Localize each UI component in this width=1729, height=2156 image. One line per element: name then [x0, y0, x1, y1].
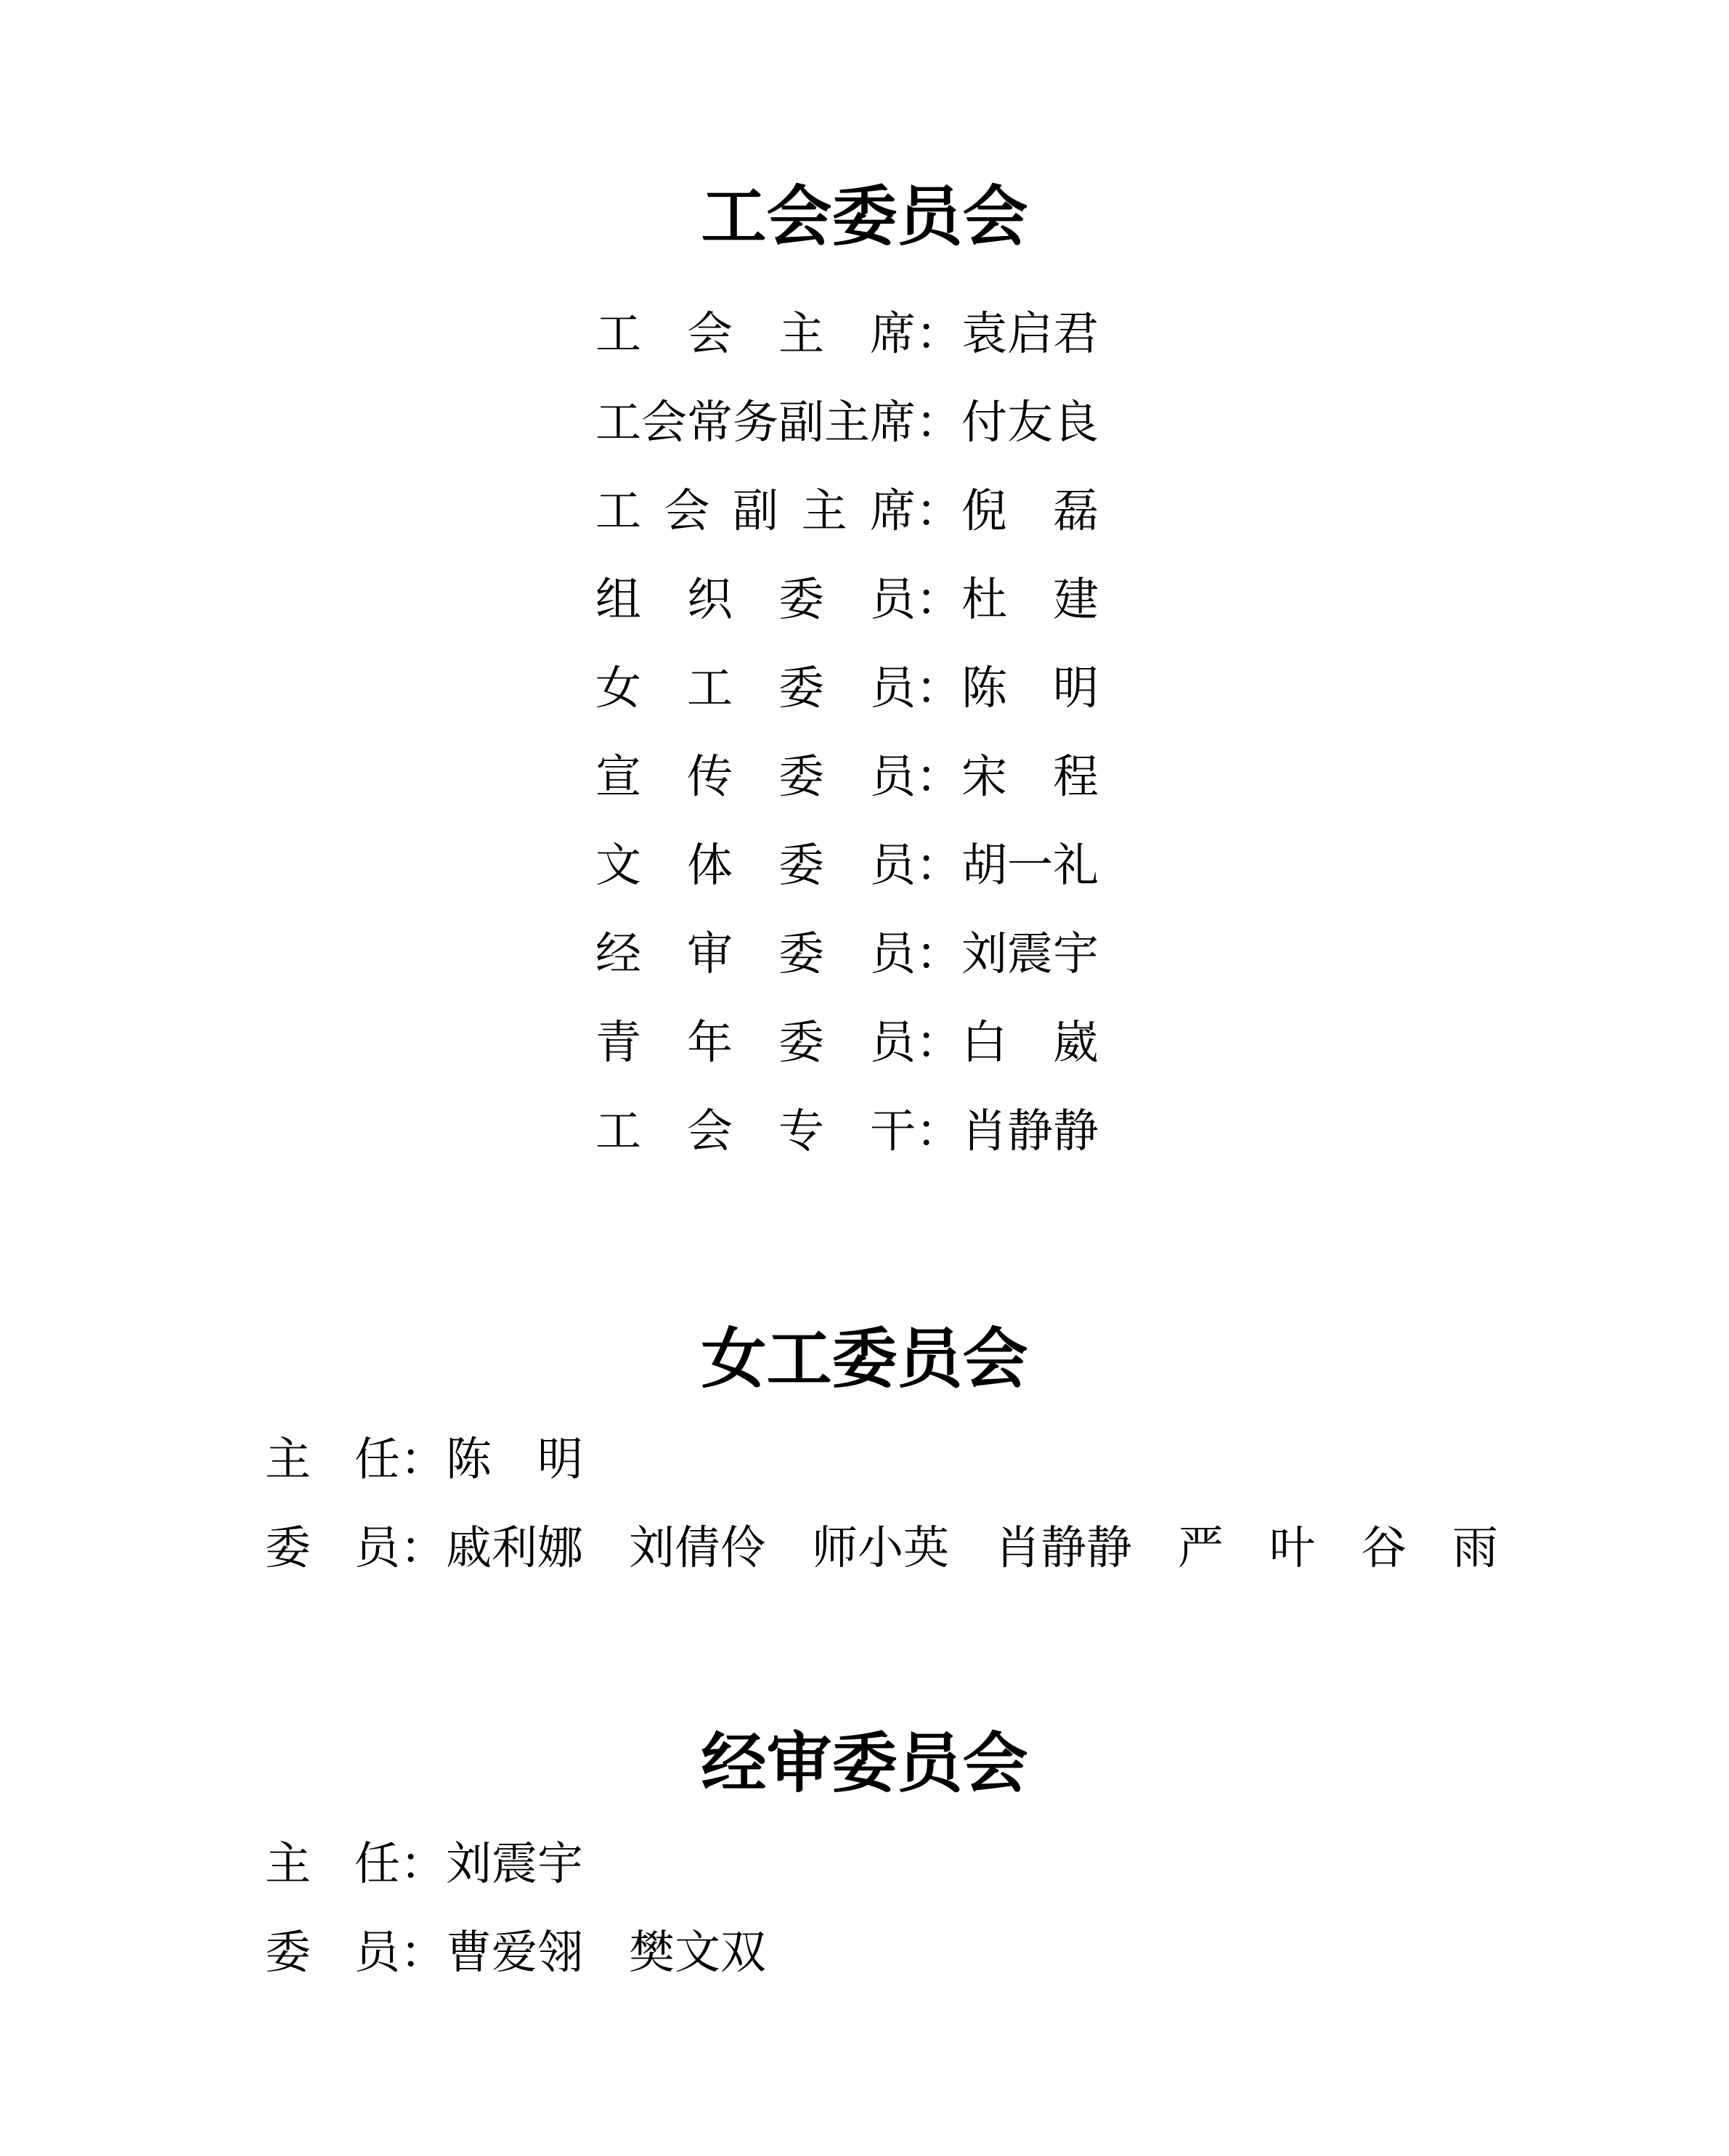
roster-row: 委员：戚利娜 刘倩伶 师小英 肖静静 严 叶 谷 雨 — [265, 1504, 1498, 1592]
role-label: 工会副主席 — [595, 467, 916, 556]
member-name: 倪磊 — [961, 467, 1099, 556]
role-label: 主任 — [265, 1415, 400, 1504]
member-name: 陈明 — [446, 1415, 583, 1504]
role-label: 组织委员 — [595, 556, 916, 644]
roster-row: 女工委员：陈明 — [595, 644, 1099, 733]
roster-row: 组织委员：杜建 — [595, 556, 1099, 644]
member-name: 陈明 — [961, 644, 1099, 733]
colon-separator: ： — [400, 1908, 446, 1997]
role-label: 委员 — [265, 1908, 400, 1997]
roster-row: 经审委员：刘震宇 — [595, 910, 1099, 998]
roster-row: 委员：曹爱翎 樊文双 — [265, 1908, 766, 1997]
roster-row: 宣传委员：宋程 — [595, 733, 1099, 821]
section-title-women-workers-committee: 女工委员会 — [0, 1313, 1729, 1407]
member-name: 杜建 — [961, 556, 1099, 644]
colon-separator: ： — [916, 910, 961, 998]
member-name: 胡一礼 — [961, 821, 1099, 910]
audit-committee-roster: 主任：刘震宇 委员：曹爱翎 樊文双 — [265, 1820, 766, 1997]
member-name: 刘震宇 — [961, 910, 1099, 998]
member-name: 白崴 — [961, 998, 1099, 1087]
role-label: 宣传委员 — [595, 733, 916, 821]
role-label: 工会常务副主席 — [595, 378, 916, 467]
colon-separator: ： — [916, 998, 961, 1087]
colon-separator: ： — [400, 1504, 446, 1592]
role-label: 女工委员 — [595, 644, 916, 733]
member-names: 戚利娜 刘倩伶 师小英 肖静静 严 叶 谷 雨 — [446, 1504, 1498, 1592]
section-title-audit-committee: 经审委员会 — [0, 1717, 1729, 1812]
colon-separator: ： — [916, 556, 961, 644]
roster-row: 工会常务副主席：付友良 — [595, 378, 1099, 467]
roster-row: 文体委员：胡一礼 — [595, 821, 1099, 910]
member-name: 付友良 — [961, 378, 1099, 467]
section-title-union-committee: 工会委员会 — [0, 171, 1729, 265]
role-label: 委员 — [265, 1504, 400, 1592]
role-label: 工会主席 — [595, 290, 916, 378]
colon-separator: ： — [916, 378, 961, 467]
colon-separator: ： — [400, 1820, 446, 1908]
roster-row: 工会专干：肖静静 — [595, 1087, 1099, 1176]
women-workers-committee-roster: 主任：陈明 委员：戚利娜 刘倩伶 师小英 肖静静 严 叶 谷 雨 — [265, 1415, 1498, 1592]
roster-row: 主任：陈明 — [265, 1415, 1498, 1504]
roster-row: 工会副主席：倪磊 — [595, 467, 1099, 556]
colon-separator: ： — [916, 467, 961, 556]
colon-separator: ： — [916, 644, 961, 733]
member-name: 宋程 — [961, 733, 1099, 821]
role-label: 文体委员 — [595, 821, 916, 910]
member-name: 肖静静 — [961, 1087, 1099, 1176]
colon-separator: ： — [916, 1087, 961, 1176]
roster-row: 青年委员：白崴 — [595, 998, 1099, 1087]
role-label: 青年委员 — [595, 998, 916, 1087]
document-page: 工会委员会 工会主席：袁启君 工会常务副主席：付友良 工会副主席：倪磊 组织委员… — [0, 0, 1729, 2156]
colon-separator: ： — [916, 733, 961, 821]
colon-separator: ： — [916, 290, 961, 378]
member-names: 曹爱翎 樊文双 — [446, 1908, 766, 1997]
union-committee-roster: 工会主席：袁启君 工会常务副主席：付友良 工会副主席：倪磊 组织委员：杜建 女工… — [595, 290, 1099, 1176]
colon-separator: ： — [400, 1415, 446, 1504]
roster-row: 主任：刘震宇 — [265, 1820, 766, 1908]
role-label: 经审委员 — [595, 910, 916, 998]
role-label: 主任 — [265, 1820, 400, 1908]
colon-separator: ： — [916, 821, 961, 910]
member-name: 刘震宇 — [446, 1820, 583, 1908]
roster-row: 工会主席：袁启君 — [595, 290, 1099, 378]
role-label: 工会专干 — [595, 1087, 916, 1176]
member-name: 袁启君 — [961, 290, 1099, 378]
